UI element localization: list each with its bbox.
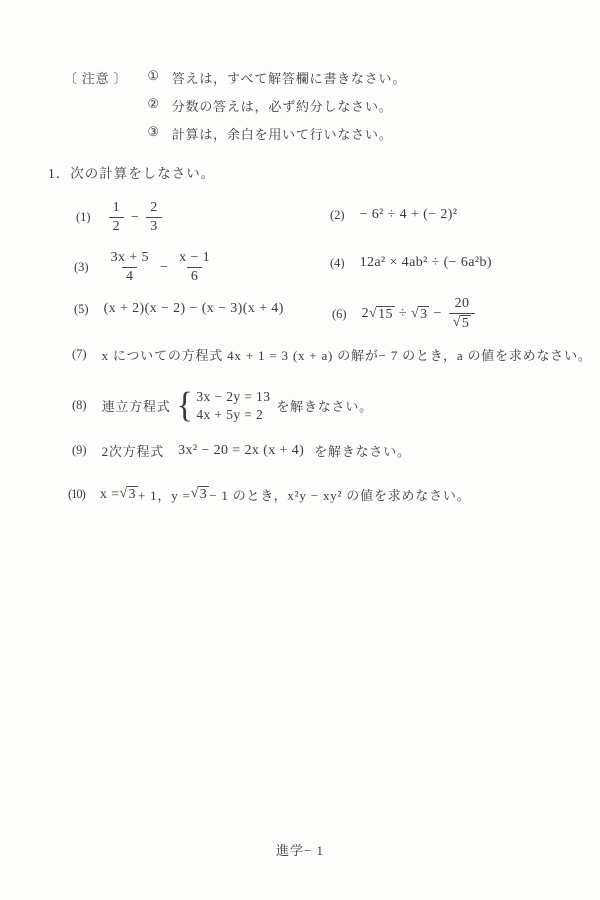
fraction: 3x + 5 4 <box>107 250 153 285</box>
expression: (x + 2)(x − 2) − (x − 3)(x + 4) <box>104 301 284 317</box>
problem-1-label: (1) <box>76 210 91 225</box>
square-root: √ 3 <box>119 486 138 503</box>
notice-items: ① 答えは，すべて解答欄に書きなさい。 ② 分数の答えは，必ず約分しなさい。 ③… <box>147 68 406 152</box>
problem-9-tail: を解きなさい。 <box>314 441 411 460</box>
problem-2: (2) − 6² ÷ 4 + (− 2)² <box>330 207 457 223</box>
fraction-numerator: 3x + 5 <box>107 250 153 267</box>
expression: 12a² × 4ab² ÷ (− 6a²b) <box>360 255 492 271</box>
problem-5: (5) (x + 2)(x − 2) − (x − 3)(x + 4) <box>74 301 284 317</box>
equation-1: 3x − 2y = 13 <box>196 388 270 406</box>
problem-9-label: (9) <box>72 443 87 458</box>
fraction-numerator: 20 <box>451 296 474 313</box>
minus-operator: − <box>160 260 168 276</box>
minus-operator: − <box>433 306 441 322</box>
fraction: 1 2 <box>109 200 124 235</box>
notice-text-1: 答えは，すべて解答欄に書きなさい。 <box>172 68 406 87</box>
expression: 3x² − 20 = 2x (x + 4) <box>178 443 304 459</box>
fraction: 2 3 <box>146 200 161 235</box>
system-brace: { <box>177 388 194 424</box>
problem-8-lead: 連立方程式 <box>102 396 171 415</box>
problem-10: (10) x = √ 3 + 1，y = √ 3 − 1 のとき，x²y − x… <box>68 485 471 504</box>
exam-page: 〔 注意 〕 ① 答えは，すべて解答欄に書きなさい。 ② 分数の答えは，必ず約分… <box>0 0 600 900</box>
problem-5-label: (5) <box>74 302 89 317</box>
expression-part: x = <box>100 487 120 503</box>
problem-7-label: (7) <box>72 347 87 362</box>
fraction-denominator: 6 <box>187 267 202 285</box>
square-root: √ 5 <box>453 315 472 332</box>
square-root: √ 15 <box>369 306 395 323</box>
problem-1: (1) 1 2 − 2 3 <box>76 200 165 235</box>
circled-number-2: ② <box>147 96 159 115</box>
problem-6: (6) 2 √ 15 ÷ √ 3 − 20 √ 5 <box>332 296 478 332</box>
coefficient: 2 <box>362 306 369 322</box>
radicand: 3 <box>127 486 138 503</box>
fraction-numerator: 1 <box>109 200 124 217</box>
page-number: 進学− 1 <box>0 840 600 859</box>
fraction-denominator: 2 <box>109 217 124 235</box>
section-title: 1．次の計算をしなさい。 <box>48 162 215 182</box>
problem-4-label: (4) <box>330 256 345 271</box>
fraction-numerator: 2 <box>146 200 161 217</box>
circled-number-1: ① <box>147 68 159 87</box>
expression: − 6² ÷ 4 + (− 2)² <box>360 207 458 223</box>
expression-part: − 1 のとき，x²y − xy² の値を求めなさい。 <box>209 485 470 504</box>
notice-text-2: 分数の答えは，必ず約分しなさい。 <box>172 96 393 115</box>
problem-8-tail: を解きなさい。 <box>276 396 373 415</box>
problem-3: (3) 3x + 5 4 − x − 1 6 <box>74 250 217 285</box>
notice-text-3: 計算は，余白を用いて行いなさい。 <box>172 124 393 143</box>
notice-item-2: ② 分数の答えは，必ず約分しなさい。 <box>147 96 406 115</box>
radicand: 3 <box>198 486 209 503</box>
expression-part: + 1，y = <box>138 485 191 504</box>
fraction: 20 √ 5 <box>449 296 476 332</box>
problem-8-label: (8) <box>72 398 87 413</box>
radicand: 15 <box>376 306 395 323</box>
fraction: x − 1 6 <box>175 250 214 285</box>
problem-7: (7) x についての方程式 4x + 1 = 3 (x + a) の解が− 7… <box>72 345 592 364</box>
circled-number-3: ③ <box>147 124 159 143</box>
radicand: 5 <box>460 315 471 332</box>
problem-8: (8) 連立方程式 { 3x − 2y = 13 4x + 5y = 2 を解き… <box>72 388 373 423</box>
problem-7-text: x についての方程式 4x + 1 = 3 (x + a) の解が− 7 のとき… <box>102 345 592 364</box>
problem-6-label: (6) <box>332 307 347 322</box>
square-root: √ 3 <box>411 306 430 323</box>
notice-item-3: ③ 計算は，余白を用いて行いなさい。 <box>147 124 406 143</box>
fraction-numerator: x − 1 <box>175 250 214 267</box>
problem-10-label: (10) <box>68 487 85 502</box>
notice-block: 〔 注意 〕 ① 答えは，すべて解答欄に書きなさい。 ② 分数の答えは，必ず約分… <box>64 68 406 152</box>
equation-2: 4x + 5y = 2 <box>196 406 270 424</box>
notice-bracket-label: 〔 注意 〕 <box>64 68 127 87</box>
problem-3-label: (3) <box>74 260 89 275</box>
equation-system: { 3x − 2y = 13 4x + 5y = 2 <box>177 388 271 423</box>
problem-9-lead: 2次方程式 <box>102 441 165 460</box>
radicand: 3 <box>418 306 429 323</box>
minus-operator: − <box>131 210 139 226</box>
system-equations: 3x − 2y = 13 4x + 5y = 2 <box>196 388 270 423</box>
fraction-denominator: √ 5 <box>449 313 476 332</box>
fraction-denominator: 3 <box>146 217 161 235</box>
square-root: √ 3 <box>191 486 210 503</box>
fraction-denominator: 4 <box>122 267 137 285</box>
notice-item-1: ① 答えは，すべて解答欄に書きなさい。 <box>147 68 406 87</box>
problem-4: (4) 12a² × 4ab² ÷ (− 6a²b) <box>330 255 492 271</box>
problem-9: (9) 2次方程式 3x² − 20 = 2x (x + 4) を解きなさい。 <box>72 441 411 460</box>
divide-operator: ÷ <box>399 306 407 322</box>
problem-2-label: (2) <box>330 208 345 223</box>
